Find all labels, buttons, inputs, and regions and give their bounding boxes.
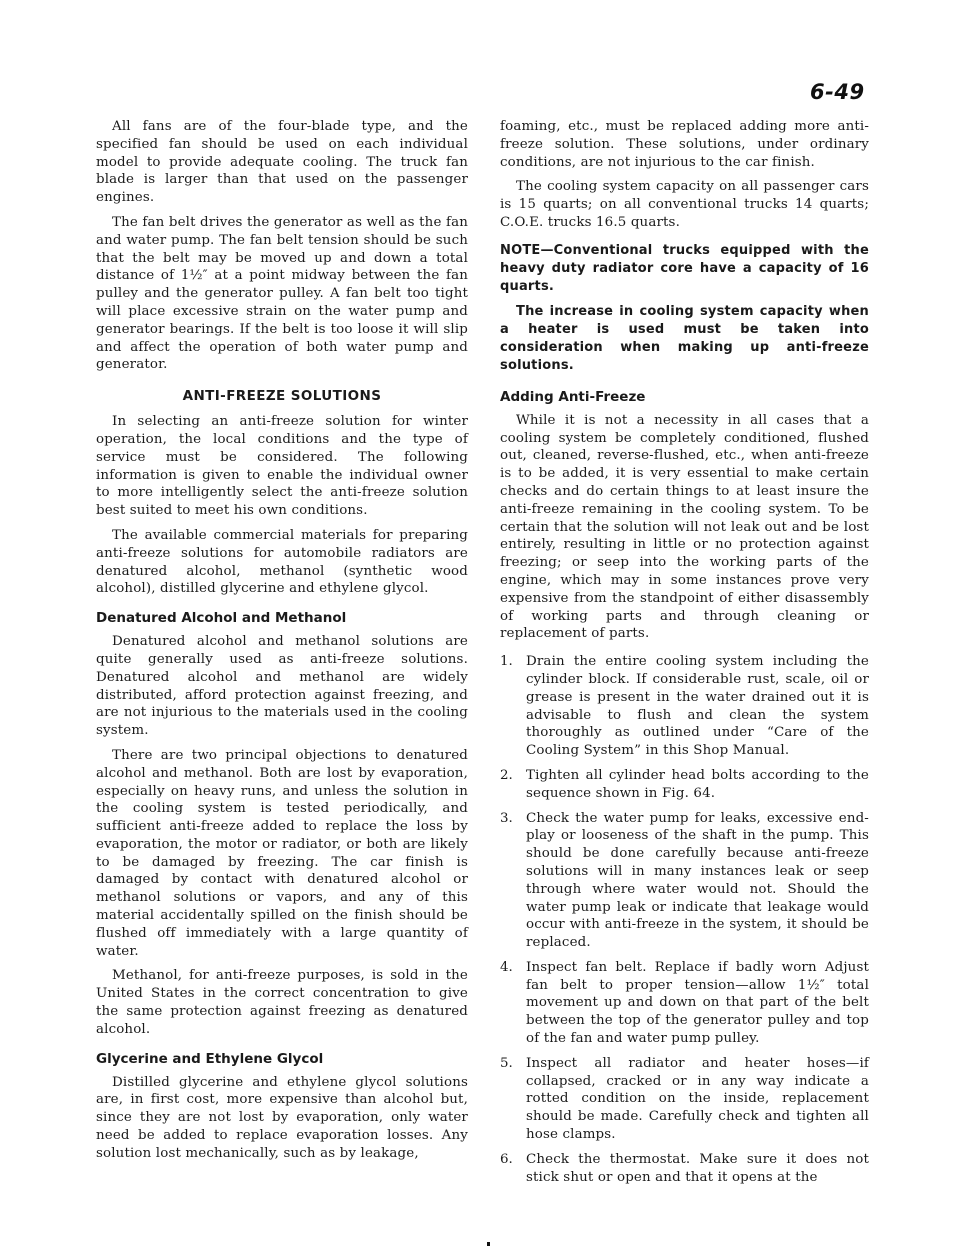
adding-antifreeze-heading: Adding Anti-Freeze — [500, 389, 869, 405]
heater-capacity-paragraph: The increase in cooling system capacity … — [500, 303, 869, 375]
continuation-paragraph: foaming, etc., must be replaced adding m… — [500, 118, 869, 171]
step-text: Inspect all radiator and heater hoses—if… — [526, 1055, 869, 1144]
step-item: 2. Tighten all cylinder head bolts accor… — [500, 767, 869, 803]
step-number: 2. — [500, 767, 526, 803]
step-text: Inspect fan belt. Replace if badly worn … — [526, 959, 869, 1048]
alcohol-objections-paragraph: There are two principal objections to de… — [96, 747, 468, 961]
step-text: Tighten all cylinder head bolts accordin… — [526, 767, 869, 803]
step-text: Check the thermostat. Make sure it does … — [526, 1151, 869, 1187]
fan-belt-paragraph: The fan belt drives the generator as wel… — [96, 214, 468, 374]
step-number: 3. — [500, 810, 526, 952]
glycerine-paragraph: Distilled glycerine and ethylene glycol … — [96, 1074, 468, 1163]
alcohol-usage-paragraph: Denatured alcohol and methanol solutions… — [96, 633, 468, 740]
capacity-paragraph: The cooling system capacity on all passe… — [500, 178, 869, 231]
glycerine-heading: Glycerine and Ethylene Glycol — [96, 1051, 468, 1067]
step-item: 6. Check the thermostat. Make sure it do… — [500, 1151, 869, 1187]
step-number: 4. — [500, 959, 526, 1048]
fan-type-paragraph: All fans are of the four-blade type, and… — [96, 118, 468, 207]
step-item: 3. Check the water pump for leaks, exces… — [500, 810, 869, 952]
left-column: All fans are of the four-blade type, and… — [96, 118, 468, 1170]
step-item: 1. Drain the entire cooling system inclu… — [500, 653, 869, 760]
adding-antifreeze-paragraph: While it is not a necessity in all cases… — [500, 412, 869, 643]
step-text: Drain the entire cooling system includin… — [526, 653, 869, 760]
right-column: foaming, etc., must be replaced adding m… — [500, 118, 869, 1193]
step-item: 4. Inspect fan belt. Replace if badly wo… — [500, 959, 869, 1048]
steps-list: 1. Drain the entire cooling system inclu… — [500, 653, 869, 1186]
scan-speck-mark — [487, 1242, 490, 1246]
selecting-antifreeze-paragraph: In selecting an anti-freeze solution for… — [96, 413, 468, 520]
step-text: Check the water pump for leaks, excessiv… — [526, 810, 869, 952]
step-number: 1. — [500, 653, 526, 760]
note-paragraph: NOTE—Conventional trucks equipped with t… — [500, 242, 869, 296]
methanol-paragraph: Methanol, for anti-freeze purposes, is s… — [96, 967, 468, 1038]
step-item: 5. Inspect all radiator and heater hoses… — [500, 1055, 869, 1144]
step-number: 5. — [500, 1055, 526, 1144]
step-number: 6. — [500, 1151, 526, 1187]
denatured-alcohol-heading: Denatured Alcohol and Methanol — [96, 610, 468, 626]
page-number: 6-49 — [810, 80, 865, 104]
antifreeze-solutions-heading: ANTI-FREEZE SOLUTIONS — [96, 388, 468, 404]
available-materials-paragraph: The available commercial materials for p… — [96, 527, 468, 598]
